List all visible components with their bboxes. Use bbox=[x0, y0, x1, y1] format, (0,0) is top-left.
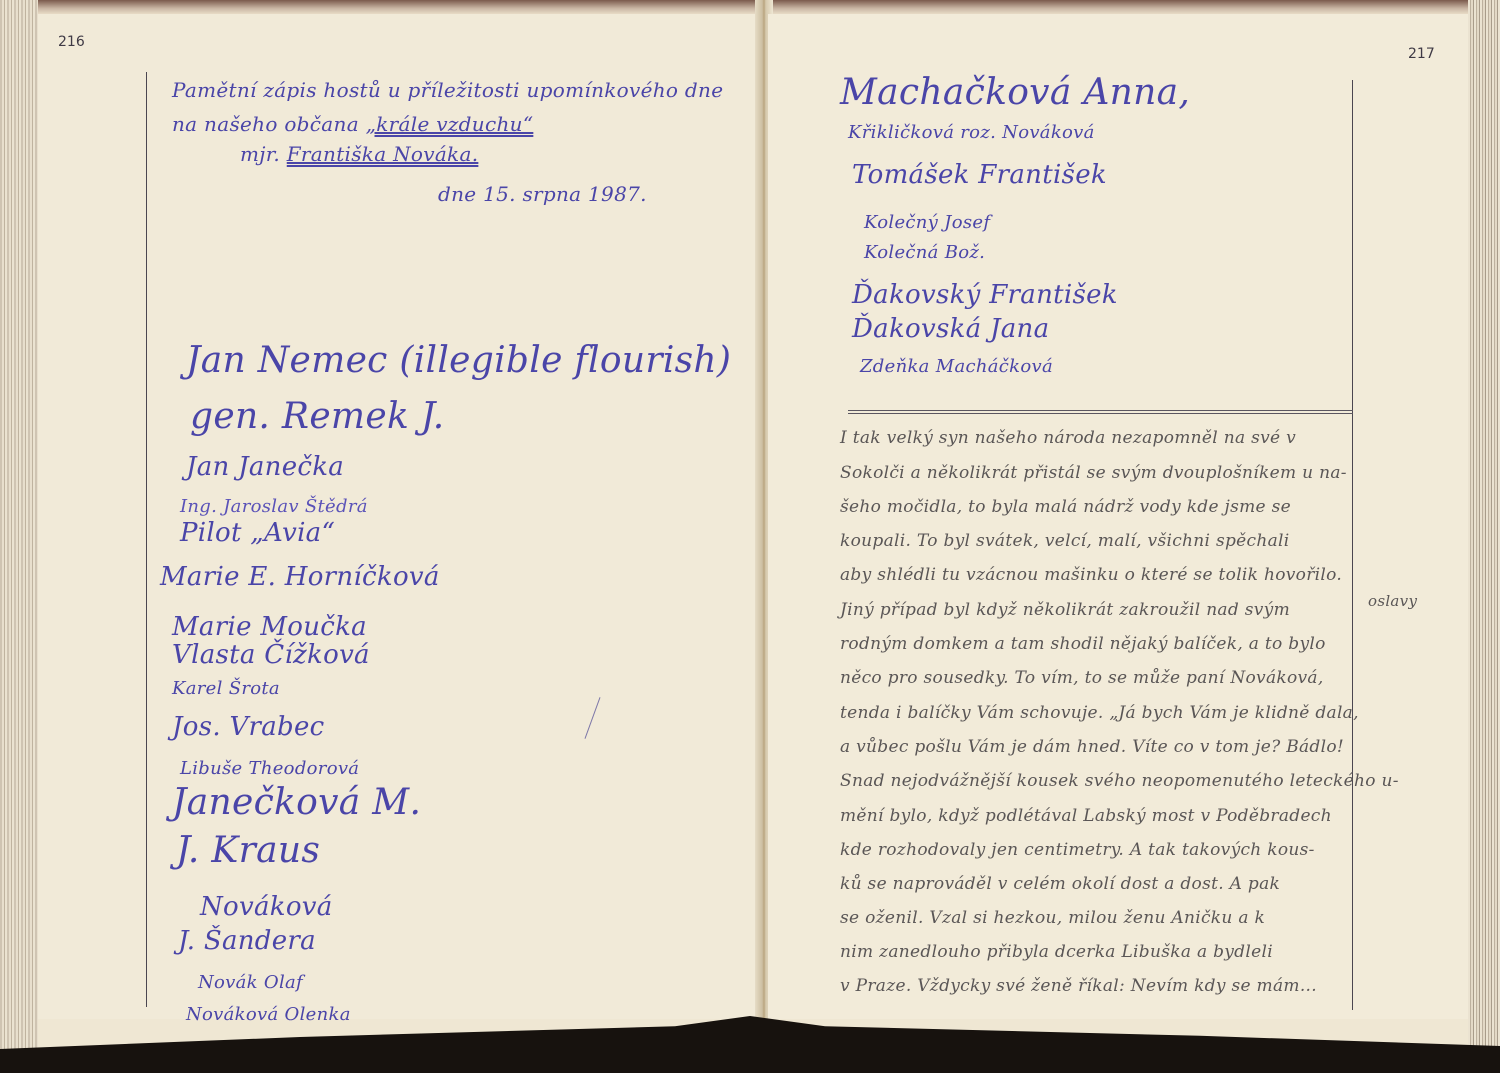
honoree-name: Františka Nováka. bbox=[287, 142, 479, 166]
signature: Janečková M. bbox=[172, 782, 421, 823]
narrative-line: šeho močidla, to byla malá nádrž vody kd… bbox=[840, 497, 1291, 517]
signature: Pilot „Avia“ bbox=[180, 518, 335, 548]
page-stack-right bbox=[1468, 0, 1500, 1073]
narrative-line: ků se naprováděl v celém okolí dost a do… bbox=[840, 874, 1280, 894]
signature: Vlasta Čížková bbox=[172, 640, 370, 670]
signature: Nováková Olenka bbox=[186, 1004, 351, 1025]
signature: Jan Janečka bbox=[186, 452, 344, 482]
signature: Kolečná Bož. bbox=[864, 242, 985, 263]
signature: Jan Nemec (illegible flourish) bbox=[186, 340, 731, 381]
page-stack-left bbox=[0, 0, 38, 1073]
signature: Marie Moučka bbox=[172, 612, 367, 642]
left-margin-line bbox=[146, 72, 147, 1007]
signature: J. Šandera bbox=[178, 926, 316, 956]
signature: Libuše Theodorová bbox=[180, 758, 359, 779]
header-quoted-title: „krále vzduchu“ bbox=[366, 112, 534, 136]
narrative-line: aby shlédli tu vzácnou mašinku o které s… bbox=[840, 565, 1342, 585]
header-line-1: Pamětní zápis hostů u příležitosti upomí… bbox=[172, 78, 723, 102]
narrative-line: koupali. To byl svátek, velcí, malí, vši… bbox=[840, 531, 1290, 551]
narrative-line: kde rozhodovaly jen centimetry. A tak ta… bbox=[840, 840, 1315, 860]
signature: Machačková Anna, bbox=[840, 72, 1190, 113]
header-line-2: na našeho občana „krále vzduchu“ bbox=[172, 112, 533, 136]
page-number-left: 216 bbox=[58, 34, 85, 50]
narrative-line: se oženil. Vzal si hezkou, milou ženu An… bbox=[840, 908, 1265, 928]
narrative-line: Jiný případ byl když několikrát zakrouži… bbox=[840, 600, 1290, 620]
signature: Jos. Vrabec bbox=[172, 712, 325, 742]
signature: Ing. Jaroslav Štědrá bbox=[180, 496, 368, 517]
narrative-line: rodným domkem a tam shodil nějaký balíče… bbox=[840, 634, 1326, 654]
signature: Křikličková roz. Nováková bbox=[848, 122, 1095, 143]
narrative-line: nim zanedlouho přibyla dcerka Libuška a … bbox=[840, 942, 1273, 962]
section-divider bbox=[848, 410, 1353, 414]
header-date: dne 15. srpna 1987. bbox=[438, 182, 647, 206]
narrative-line: Sokolči a několikrát přistál se svým dvo… bbox=[840, 463, 1347, 483]
narrative-line: I tak velký syn našeho národa nezapomněl… bbox=[840, 428, 1296, 448]
signature: gen. Remek J. bbox=[190, 396, 445, 437]
narrative-line: něco pro sousedky. To vím, to se může pa… bbox=[840, 668, 1324, 688]
narrative-line: Snad nejodvážnější kousek svého neopomen… bbox=[840, 771, 1399, 791]
open-book: 216 Pamětní zápis hostů u příležitosti u… bbox=[0, 0, 1500, 1073]
signature: Karel Šrota bbox=[172, 678, 280, 699]
narrative-line: mění bylo, když podlétával Labský most v… bbox=[840, 806, 1332, 826]
signature: Tomášek František bbox=[852, 160, 1107, 190]
book-top-edge bbox=[0, 0, 1500, 14]
rank-prefix: mjr. bbox=[240, 142, 287, 166]
right-margin-line bbox=[1352, 80, 1353, 1010]
narrative-line: a vůbec pošlu Vám je dám hned. Víte co v… bbox=[840, 737, 1344, 757]
margin-note: oslavy bbox=[1368, 592, 1417, 610]
page-number-right: 217 bbox=[1408, 46, 1435, 62]
header-line-3: mjr. Františka Nováka. bbox=[240, 142, 478, 166]
signature: Novák Olaf bbox=[198, 972, 303, 993]
signature: Ďakovský František bbox=[852, 280, 1118, 310]
signature: Nováková bbox=[200, 892, 333, 922]
signature: Zdeňka Macháčková bbox=[860, 356, 1053, 377]
narrative-line: v Praze. Vždycky své ženě říkal: Nevím k… bbox=[840, 976, 1317, 996]
narrative-line: tenda i balíčky Vám schovuje. „Já bych V… bbox=[840, 703, 1359, 723]
header-line-2-prefix: na našeho občana bbox=[172, 112, 366, 136]
signature: Ďakovská Jana bbox=[852, 314, 1049, 344]
signature: J. Kraus bbox=[176, 830, 320, 871]
signature: Marie E. Horníčková bbox=[160, 562, 440, 592]
signature: Kolečný Josef bbox=[864, 212, 990, 233]
